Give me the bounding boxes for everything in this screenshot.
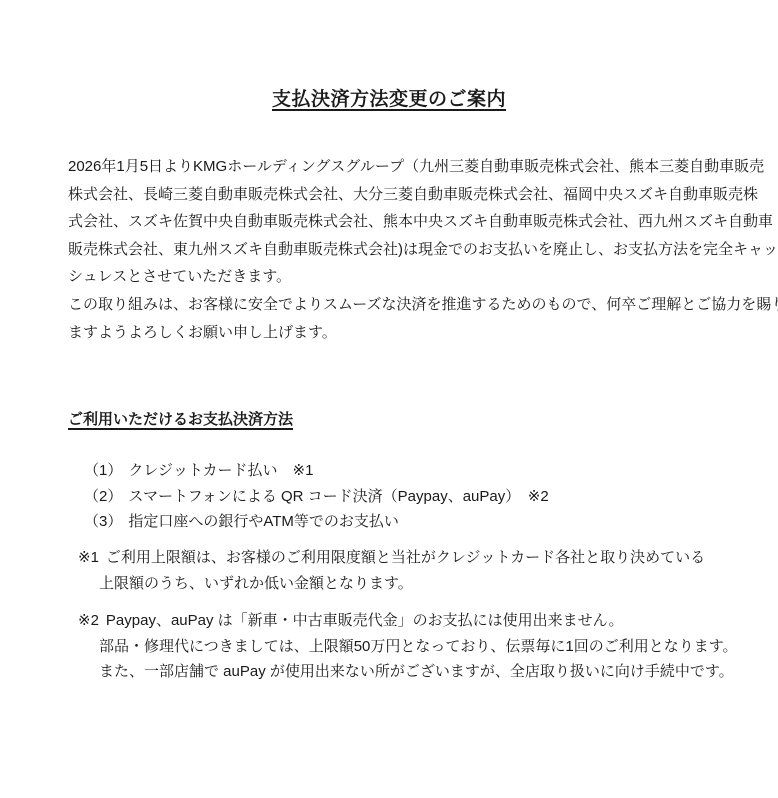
intro-line: 販売株式会社、東九州スズキ自動車販売株式会社)は現金でのお支払いを廃止し、お支払… xyxy=(68,236,728,264)
intro-line: 株式会社、長崎三菱自動車販売株式会社、大分三菱自動車販売株式会社、福岡中央スズキ… xyxy=(68,181,728,209)
intro-line: ますようよろしくお願い申し上げます。 xyxy=(68,319,728,347)
footnote-text: Paypay、auPay は「新車・中古車販売代金」のお支払には使用出来ません。 xyxy=(106,608,624,634)
footnote-2: ※2 Paypay、auPay は「新車・中古車販売代金」のお支払には使用出来ま… xyxy=(78,608,738,685)
section-heading: ご利用いただけるお支払決済方法 xyxy=(68,410,293,430)
footnote-line: 上限額のうち、いずれか低い金額となります。 xyxy=(78,571,705,597)
footnote-line: 部品・修理代につきましては、上限額50万円となっており、伝票毎に1回のご利用とな… xyxy=(78,634,738,660)
intro-line: この取り組みは、お客様に安全でよりスムーズな決済を推進するためのもので、何卒ご理… xyxy=(68,291,728,319)
footnote-1: ※1 ご利用上限額は、お客様のご利用限度額と当社がクレジットカード各社と取り決め… xyxy=(78,545,705,596)
intro-paragraph: 2026年1月5日よりKMGホールディングスグループ（九州三菱自動車販売株式会社… xyxy=(68,153,728,346)
list-item-number: （3） xyxy=(84,509,122,535)
payment-method-item: （3） 指定口座への銀行やATM等でのお支払い xyxy=(84,509,549,535)
footnote-marker: ※2 xyxy=(78,608,99,634)
list-item-number: （1） xyxy=(84,458,122,484)
intro-line: シュレスとさせていただきます。 xyxy=(68,263,728,291)
intro-line: 2026年1月5日よりKMGホールディングスグループ（九州三菱自動車販売株式会社… xyxy=(68,153,728,181)
list-item-text: 指定口座への銀行やATM等でのお支払い xyxy=(128,509,399,535)
payment-method-item: （2） スマートフォンによる QR コード決済（Paypay、auPay） ※2 xyxy=(84,484,549,510)
footnote-text: ご利用上限額は、お客様のご利用限度額と当社がクレジットカード各社と取り決めている xyxy=(106,545,705,571)
footnote-marker: ※1 xyxy=(78,545,99,571)
payment-method-list: （1） クレジットカード払い ※1 （2） スマートフォンによる QR コード決… xyxy=(84,458,549,535)
intro-line: 式会社、スズキ佐賀中央自動車販売株式会社、熊本中央スズキ自動車販売株式会社、西九… xyxy=(68,208,728,236)
list-item-text: スマートフォンによる QR コード決済（Paypay、auPay） ※2 xyxy=(128,484,548,510)
payment-method-item: （1） クレジットカード払い ※1 xyxy=(84,458,549,484)
document-title: 支払決済方法変更のご案内 xyxy=(0,84,778,111)
list-item-text: クレジットカード払い ※1 xyxy=(128,458,313,484)
list-item-number: （2） xyxy=(84,484,122,510)
footnote-line: ※1 ご利用上限額は、お客様のご利用限度額と当社がクレジットカード各社と取り決め… xyxy=(78,545,705,571)
section-heading-text: ご利用いただけるお支払決済方法 xyxy=(68,411,293,428)
document-title-text: 支払決済方法変更のご案内 xyxy=(272,89,506,110)
document-page: 支払決済方法変更のご案内 2026年1月5日よりKMGホールディングスグループ（… xyxy=(0,0,778,798)
footnote-line: また、一部店舗で auPay が使用出来ない所がございますが、全店取り扱いに向け… xyxy=(78,659,738,685)
footnote-line: ※2 Paypay、auPay は「新車・中古車販売代金」のお支払には使用出来ま… xyxy=(78,608,738,634)
